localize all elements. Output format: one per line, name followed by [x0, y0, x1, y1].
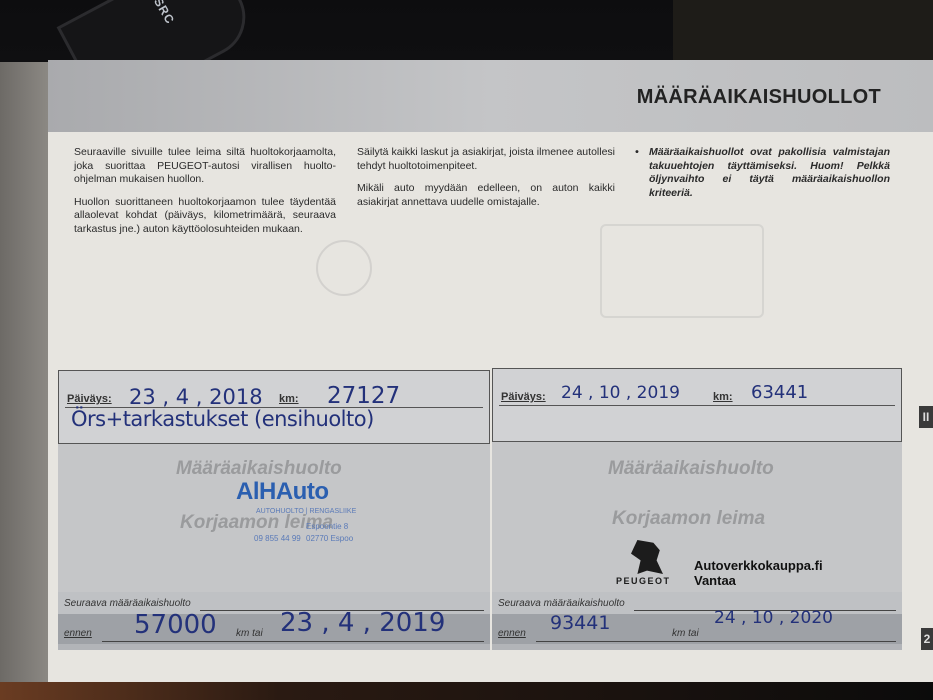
date-value: 24 , 10 , 2019	[561, 383, 680, 403]
km-or-label: km tai	[672, 628, 699, 639]
paragraph: Huollon suorittaneen huoltokorjaamon tul…	[74, 196, 336, 237]
intro-column-1: Seuraaville sivuille tulee leima siltä h…	[74, 146, 336, 245]
paragraph: Mikäli auto myydään edelleen, on auton k…	[357, 182, 615, 209]
next-service-row: Seuraava määräaikaishuolto	[492, 592, 902, 614]
service-entry-2: Päiväys: 24 , 10 , 2019 km: 63441 Määräa…	[492, 368, 902, 650]
page-title: MÄÄRÄAIKAISHUOLLOT	[637, 86, 881, 109]
next-service-box: Seuraava määräaikaishuolto ennen 93441 k…	[492, 592, 902, 650]
stamp-area-title: Määräaikaishuolto	[608, 458, 774, 480]
table-surface	[0, 682, 933, 700]
alhauto-city: 02770 Espoo	[306, 534, 353, 543]
before-label: ennen	[64, 628, 92, 639]
km-or-label: km tai	[236, 628, 263, 639]
before-row: ennen 57000 km tai 23 , 4 , 2019	[58, 614, 490, 644]
date-row: Päiväys: 23 , 4 , 2018 km: 27127	[65, 385, 483, 408]
underline	[102, 641, 484, 642]
service-note: Örs+tarkastukset (ensihuolto)	[71, 407, 374, 431]
intro-column-2: Säilytä kaikki laskut ja asiakirjat, joi…	[357, 146, 615, 218]
km-value: 27127	[327, 383, 400, 409]
page-header: MÄÄRÄAIKAISHUOLLOT	[48, 60, 933, 132]
next-service-label: Seuraava määräaikaishuolto	[498, 598, 625, 609]
date-label: Päiväys:	[501, 391, 546, 403]
date-km-box: Päiväys: 23 , 4 , 2018 km: 27127 Örs+tar…	[58, 370, 490, 444]
alhauto-stamp-logo: AlHAuto	[236, 478, 328, 506]
km-label: km:	[279, 393, 299, 405]
intro-column-3: • Määräaikaishuollot ovat pakollisia val…	[635, 146, 890, 209]
date-row: Päiväys: 24 , 10 , 2019 km: 63441	[499, 383, 895, 406]
date-km-box: Päiväys: 24 , 10 , 2019 km: 63441	[492, 368, 902, 442]
before-row: ennen 93441 km tai 24 , 10 , 2020	[492, 614, 902, 644]
alhauto-phone: 09 855 44 99	[254, 534, 301, 543]
bullet-icon: •	[635, 146, 639, 160]
km-value: 63441	[751, 382, 808, 403]
stamp-area-title: Määräaikaishuolto	[176, 458, 342, 480]
section-tab: II	[919, 406, 933, 428]
next-date-value: 23 , 4 , 2019	[280, 608, 445, 638]
booklet-page: MÄÄRÄAIKAISHUOLLOT Seuraaville sivuille …	[48, 60, 933, 682]
dealer-city: Vantaa	[694, 573, 823, 588]
underline	[536, 641, 896, 642]
dashboard-panel	[673, 0, 933, 60]
date-value: 23 , 4 , 2018	[129, 385, 263, 409]
km-label: km:	[713, 391, 733, 403]
date-label: Päiväys:	[67, 393, 112, 405]
paragraph: Määräaikaishuollot ovat pakollisia valmi…	[649, 146, 890, 200]
faint-seal-mark	[316, 240, 372, 296]
alhauto-street: Espoontie 8	[306, 522, 348, 531]
next-km-value: 93441	[550, 612, 610, 634]
alhauto-tagline: AUTOHUOLTO | RENGASLIIKE	[256, 508, 356, 515]
dealer-name: Autoverkkokauppa.fi	[694, 558, 823, 573]
paragraph: Säilytä kaikki laskut ja asiakirjat, joi…	[357, 146, 615, 173]
next-km-value: 57000	[134, 610, 217, 640]
next-service-label: Seuraava määräaikaishuolto	[64, 598, 191, 609]
stamp-area-subtitle: Korjaamon leima	[612, 508, 765, 530]
paragraph: Seuraaville sivuille tulee leima siltä h…	[74, 146, 336, 187]
dealer-stamp: Autoverkkokauppa.fi Vantaa	[694, 558, 823, 588]
page-number: 2	[921, 628, 933, 650]
faint-show-through-box	[600, 224, 764, 318]
next-date-value: 24 , 10 , 2020	[714, 608, 833, 628]
before-label: ennen	[498, 628, 526, 639]
next-service-box: Seuraava määräaikaishuolto ennen 57000 k…	[58, 592, 490, 650]
peugeot-wordmark: PEUGEOT	[616, 576, 671, 586]
previous-page-edge	[0, 62, 52, 682]
